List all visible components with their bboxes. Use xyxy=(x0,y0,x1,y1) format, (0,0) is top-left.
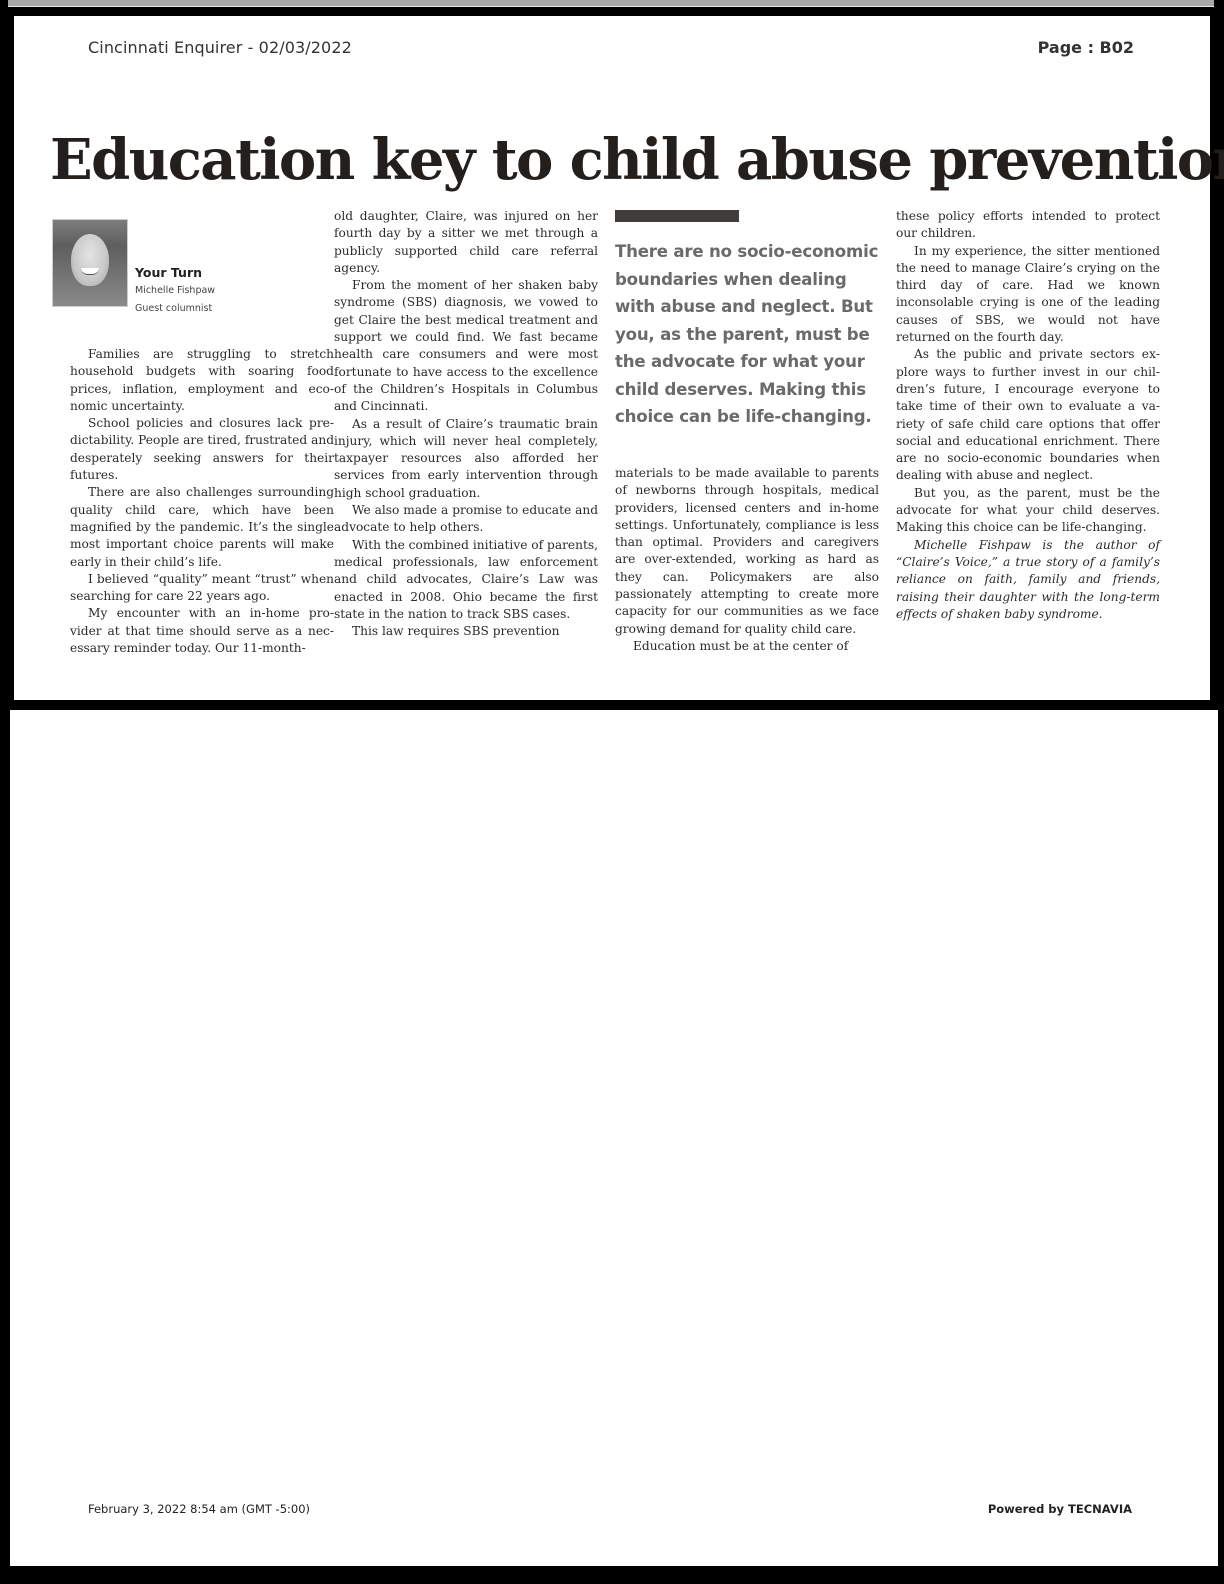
article-column-2: old daughter, Claire, was injured on her… xyxy=(334,208,598,640)
paragraph: In my experience, the sitter men­tioned … xyxy=(896,243,1160,347)
pull-quote-rule xyxy=(615,210,739,222)
paragraph: these policy efforts intended to protect… xyxy=(896,208,1160,243)
viewer-top-bar xyxy=(8,0,1214,7)
article-column-4: these policy efforts intended to protect… xyxy=(896,208,1160,623)
newspaper-page-1: Cincinnati Enquirer - 02/03/2022 Page : … xyxy=(14,16,1210,700)
article-column-3: materials to be made available to par­en… xyxy=(615,465,879,655)
pull-quote: There are no socio-economic boundaries w… xyxy=(615,238,890,431)
publication-date: Cincinnati Enquirer - 02/03/2022 xyxy=(88,38,352,57)
author-bio: Michelle Fishpaw is the author of “Clair… xyxy=(896,537,1160,623)
author-photo xyxy=(52,219,128,307)
column-name: Your Turn xyxy=(135,265,202,280)
powered-by: Powered by TECNAVIA xyxy=(988,1502,1132,1516)
paragraph: As the public and private sectors ex­plo… xyxy=(896,346,1160,484)
paragraph: I believed “quality” meant “trust” when … xyxy=(70,571,334,606)
author-name: Michelle Fishpaw xyxy=(135,285,215,296)
paragraph: As a result of Claire’s traumatic brain … xyxy=(334,416,598,502)
paragraph: This law requires SBS prevention xyxy=(334,623,598,640)
article-headline: Education key to child abuse prevention xyxy=(50,124,1190,196)
author-face-icon xyxy=(71,234,109,286)
paragraph: With the combined initiative of par­ents… xyxy=(334,537,598,623)
article-column-1: Families are struggling to stretch house… xyxy=(70,346,334,657)
paragraph: We also made a promise to educate and ad… xyxy=(334,502,598,537)
paragraph: There are also challenges surround­ing q… xyxy=(70,484,334,570)
author-role: Guest columnist xyxy=(135,303,212,314)
byline: Your Turn Michelle Fishpaw Guest columni… xyxy=(52,219,312,309)
paragraph: But you, as the parent, must be the advo… xyxy=(896,485,1160,537)
page-number: Page : B02 xyxy=(1038,38,1134,57)
paragraph: Families are struggling to stretch house… xyxy=(70,346,334,415)
paragraph: Education must be at the center of xyxy=(615,638,879,655)
paragraph: materials to be made available to par­en… xyxy=(615,465,879,638)
paragraph: old daughter, Claire, was injured on her… xyxy=(334,208,598,277)
print-timestamp: February 3, 2022 8:54 am (GMT -5:00) xyxy=(88,1502,310,1516)
paragraph: From the moment of her shaken baby syndr… xyxy=(334,277,598,415)
paragraph: My encounter with an in-home pro­vider a… xyxy=(70,605,334,657)
paragraph: School policies and closures lack pre­di… xyxy=(70,415,334,484)
newspaper-page-2: February 3, 2022 8:54 am (GMT -5:00) Pow… xyxy=(10,710,1218,1566)
